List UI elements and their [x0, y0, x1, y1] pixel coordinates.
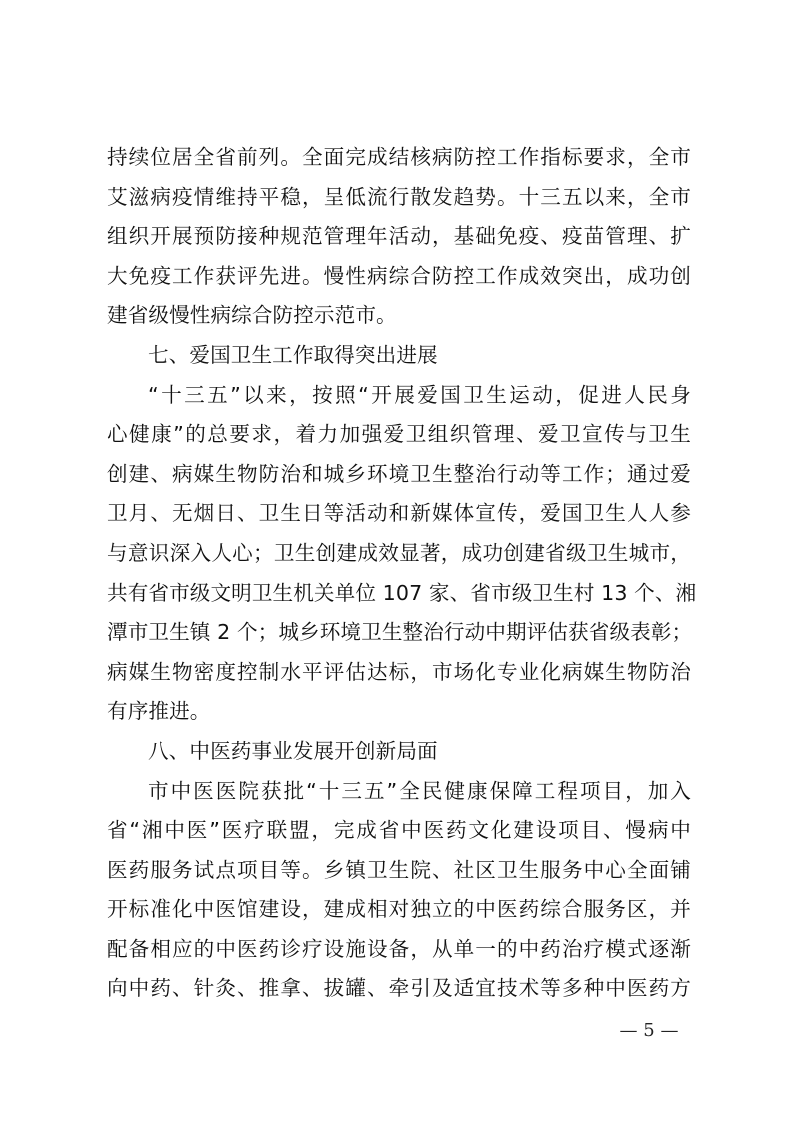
text-line: 与意识深入人心；卫生创建成效显著，成功创建省级卫生城市， — [107, 534, 691, 574]
text-line: 持续位居全省前列。全面完成结核病防控工作指标要求，全市 — [107, 138, 691, 178]
text-line: 建省级慢性病综合防控示范市。 — [107, 296, 691, 336]
text-line: 医药服务试点项目等。乡镇卫生院、社区卫生服务中心全面铺 — [107, 851, 691, 891]
text-line: 艾滋病疫情维持平稳，呈低流行散发趋势。十三五以来，全市 — [107, 178, 691, 218]
text-line: 创建、病媒生物防治和城乡环境卫生整治行动等工作；通过爱 — [107, 455, 691, 495]
text-line: 省“湘中医”医疗联盟，完成省中医药文化建设项目、慢病中 — [107, 811, 691, 851]
text-line: 有序推进。 — [107, 692, 691, 732]
section-heading: 八、中医药事业发展开创新局面 — [107, 732, 691, 772]
text-line: 卫月、无烟日、卫生日等活动和新媒体宣传，爱国卫生人人参 — [107, 494, 691, 534]
text-line: 病媒生物密度控制水平评估达标，市场化专业化病媒生物防治 — [107, 653, 691, 693]
text-line: 开标准化中医馆建设，建成相对独立的中医药综合服务区，并 — [107, 890, 691, 930]
text-line: 组织开展预防接种规范管理年活动，基础免疫、疫苗管理、扩 — [107, 217, 691, 257]
text-line: 心健康”的总要求，着力加强爱卫组织管理、爱卫宣传与卫生 — [107, 415, 691, 455]
text-line: 市中医医院获批“十三五”全民健康保障工程项目，加入 — [107, 772, 691, 812]
text-line: 共有省市级文明卫生机关单位 107 家、省市级卫生村 13 个、湘 — [107, 574, 691, 614]
text-line: 大免疫工作获评先进。慢性病综合防控工作成效突出，成功创 — [107, 257, 691, 297]
text-line: “十三五”以来，按照“开展爱国卫生运动，促进人民身 — [107, 376, 691, 416]
page-number: — 5 — — [604, 1020, 694, 1041]
document-page: 持续位居全省前列。全面完成结核病防控工作指标要求，全市 艾滋病疫情维持平稳，呈低… — [0, 0, 793, 1122]
body-text: 持续位居全省前列。全面完成结核病防控工作指标要求，全市 艾滋病疫情维持平稳，呈低… — [107, 138, 691, 1009]
text-line: 配备相应的中医药诊疗设施设备，从单一的中药治疗模式逐渐 — [107, 930, 691, 970]
section-heading: 七、爱国卫生工作取得突出进展 — [107, 336, 691, 376]
text-line: 潭市卫生镇 2 个；城乡环境卫生整治行动中期评估获省级表彰； — [107, 613, 691, 653]
text-line: 向中药、针灸、推拿、拔罐、牵引及适宜技术等多种中医药方 — [107, 969, 691, 1009]
